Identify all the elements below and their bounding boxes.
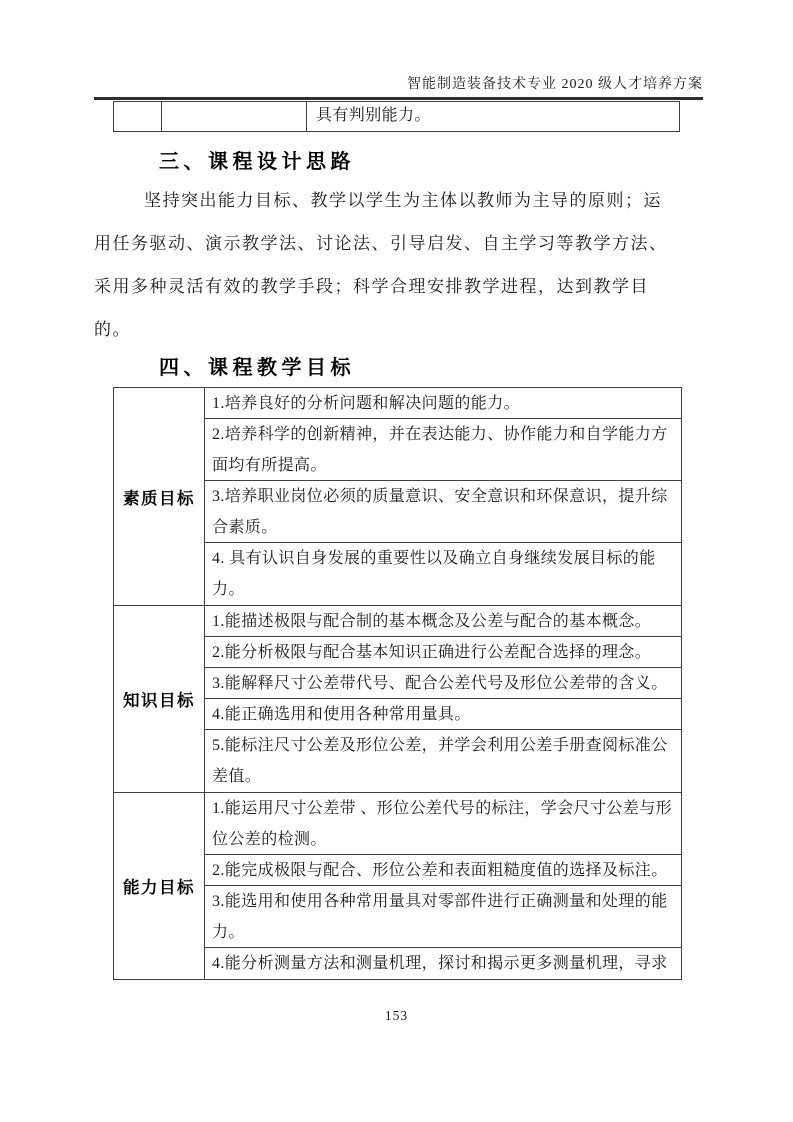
running-header: 智能制造装备技术专业 2020 级人才培养方案 <box>407 73 703 93</box>
goal-item: 2.能完成极限与配合、形位公差和表面粗糙度值的选择及标注。 <box>205 855 681 886</box>
goal-item: 1.能运用尺寸公差带 、形位公差代号的标注，学会尺寸公差与形位公差的检测。 <box>205 793 681 855</box>
goal-item: 1.能描述极限与配合制的基本概念及公差与配合的基本概念。 <box>205 606 681 637</box>
goal-item: 4.能分析测量方法和测量机理，探讨和揭示更多测量机理，寻求改 <box>205 948 681 979</box>
carryover-cell-empty-1 <box>114 102 162 131</box>
document-page: 智能制造装备技术专业 2020 级人才培养方案 具有判别能力。 三、课程设计思路… <box>0 0 793 1122</box>
paragraph-line: 采用多种灵活有效的教学手段；科学合理安排教学进程，达到教学目 <box>94 265 706 308</box>
goal-group-quality: 素质目标 1.培养良好的分析问题和解决问题的能力。 2.培养科学的创新精神，并在… <box>114 388 681 606</box>
goal-group-label: 知识目标 <box>114 606 205 792</box>
goal-group-label: 素质目标 <box>114 388 205 605</box>
goal-item: 1.培养良好的分析问题和解决问题的能力。 <box>205 388 681 419</box>
paragraph-line: 的。 <box>94 308 706 351</box>
paragraph-line: 用任务驱动、演示教学法、讨论法、引导启发、自主学习等教学方法、 <box>94 222 706 265</box>
carryover-table: 具有判别能力。 <box>113 101 680 132</box>
course-design-paragraph: 坚持突出能力目标、教学以学生为主体以教师为主导的原则；运 用任务驱动、演示教学法… <box>94 179 706 351</box>
goal-item: 2.培养科学的创新精神，并在表达能力、协作能力和自学能力方面均有所提高。 <box>205 419 681 481</box>
goal-item: 2.能分析极限与配合基本知识正确进行公差配合选择的理念。 <box>205 637 681 668</box>
carryover-cell-text: 具有判别能力。 <box>307 102 679 131</box>
paragraph-line: 坚持突出能力目标、教学以学生为主体以教师为主导的原则；运 <box>94 179 706 222</box>
goal-item: 3.能选用和使用各种常用量具对零部件进行正确测量和处理的能力。 <box>205 886 681 948</box>
goal-item: 3.培养职业岗位必须的质量意识、安全意识和环保意识，提升综合素质。 <box>205 481 681 543</box>
goal-item: 4. 具有认识自身发展的重要性以及确立自身继续发展目标的能力。 <box>205 543 681 605</box>
goal-group-items: 1.能运用尺寸公差带 、形位公差代号的标注，学会尺寸公差与形位公差的检测。 2.… <box>205 793 681 979</box>
goal-item: 4.能正确选用和使用各种常用量具。 <box>205 699 681 730</box>
header-rule <box>94 97 703 100</box>
goal-group-knowledge: 知识目标 1.能描述极限与配合制的基本概念及公差与配合的基本概念。 2.能分析极… <box>114 606 681 793</box>
goal-group-items: 1.能描述极限与配合制的基本概念及公差与配合的基本概念。 2.能分析极限与配合基… <box>205 606 681 792</box>
goal-item: 3.能解释尺寸公差带代号、配合公差代号及形位公差带的含义。 <box>205 668 681 699</box>
goal-item: 5.能标注尺寸公差及形位公差，并学会利用公差手册查阅标准公差值。 <box>205 730 681 792</box>
goal-group-items: 1.培养良好的分析问题和解决问题的能力。 2.培养科学的创新精神，并在表达能力、… <box>205 388 681 605</box>
goal-group-ability: 能力目标 1.能运用尺寸公差带 、形位公差代号的标注，学会尺寸公差与形位公差的检… <box>114 793 681 979</box>
teaching-goals-table: 素质目标 1.培养良好的分析问题和解决问题的能力。 2.培养科学的创新精神，并在… <box>113 387 682 980</box>
goal-group-label: 能力目标 <box>114 793 205 979</box>
section-heading-course-design: 三、课程设计思路 <box>159 145 355 174</box>
carryover-cell-empty-2 <box>162 102 307 131</box>
page-number: 153 <box>0 1008 793 1024</box>
section-heading-teaching-goals: 四、课程教学目标 <box>159 351 355 380</box>
